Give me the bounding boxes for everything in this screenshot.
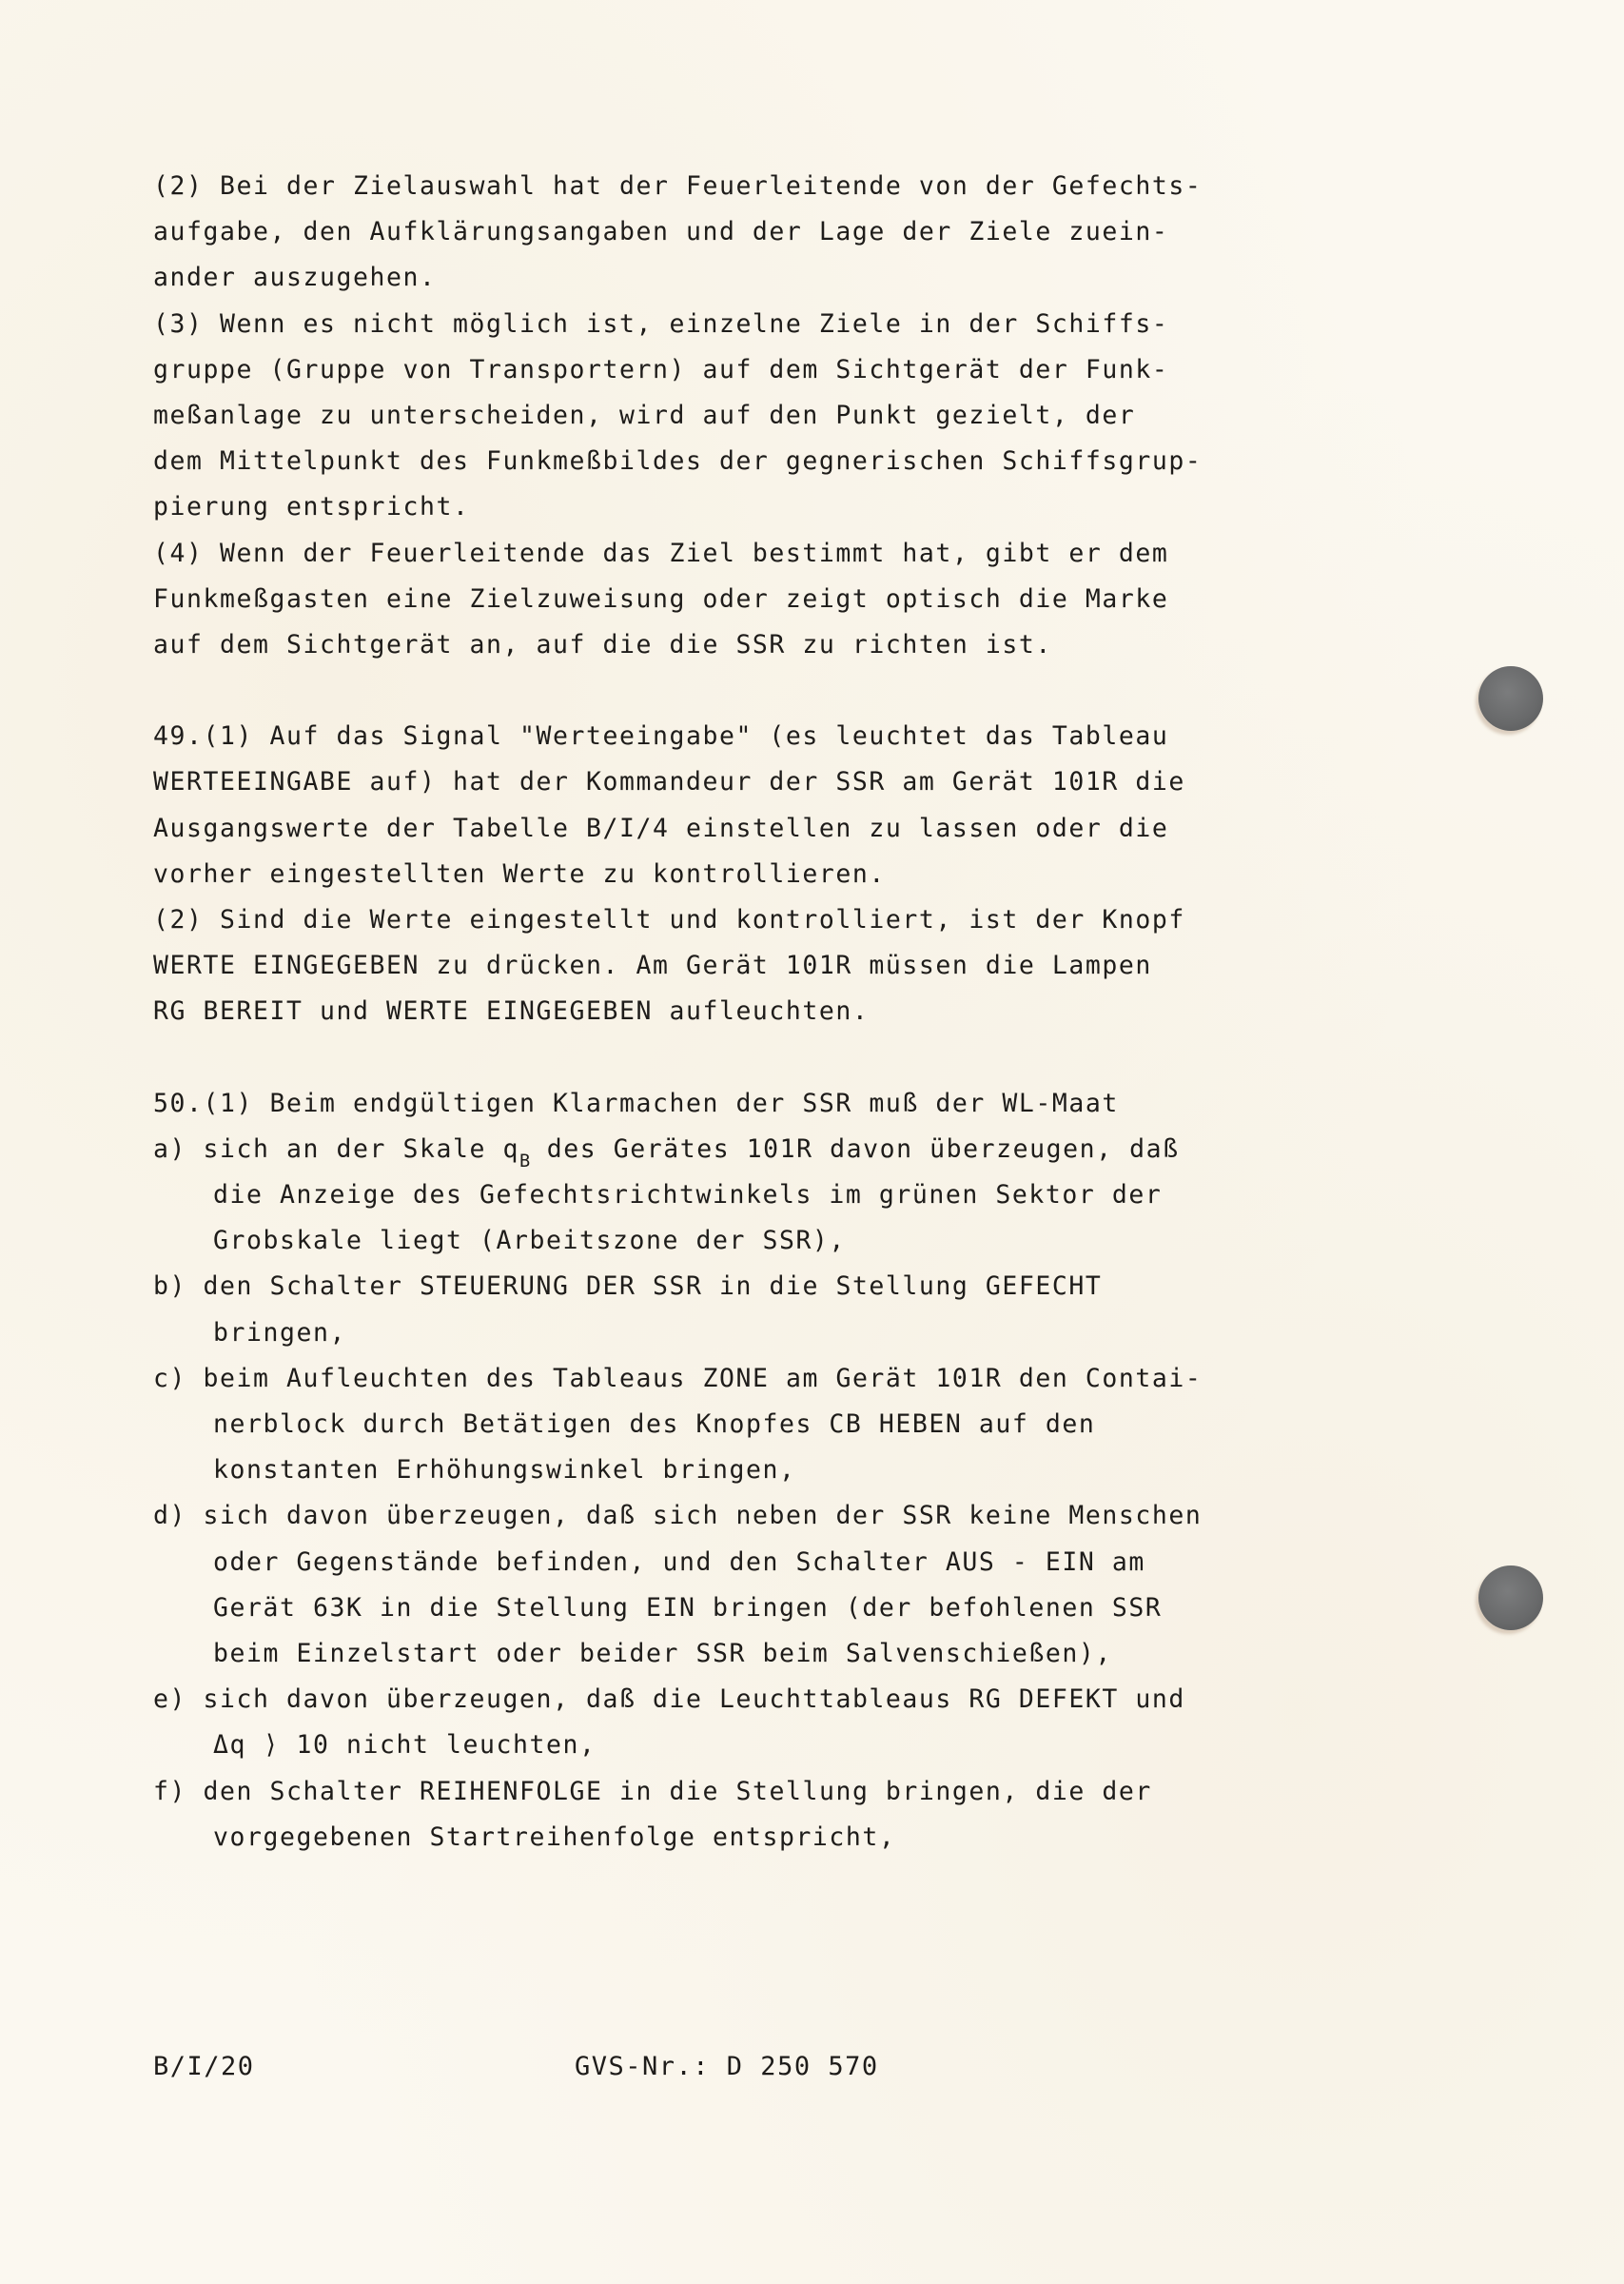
list-item-text: beim Aufleuchten des Tableaus ZONE am Ge… [204, 1364, 1203, 1393]
paragraph-line: (4) Wenn der Feuerleitende das Ziel best… [153, 539, 1168, 569]
paragraph-line: 50.(1) Beim endgültigen Klarmachen der S… [153, 1089, 1119, 1119]
paragraph-line: 49.(1) Auf das Signal "Werteeingabe" (es… [153, 721, 1168, 752]
list-item-text: des Gerätes 101R davon überzeugen, daß [530, 1134, 1179, 1164]
list-item-text: sich davon überzeugen, daß sich neben de… [204, 1501, 1203, 1530]
paragraph-line: (3) Wenn es nicht möglich ist, einzelne … [153, 309, 1168, 340]
list-item-continuation: beim Einzelstart oder beider SSR beim Sa… [213, 1639, 1112, 1669]
list-item-continuation: bringen, [213, 1318, 346, 1349]
paragraph-line: WERTE EINGEGEBEN zu drücken. Am Gerät 10… [153, 951, 1152, 981]
list-item-text: den Schalter STEUERUNG DER SSR in die St… [204, 1271, 1103, 1301]
list-item-line: f) den Schalter REIHENFOLGE in die Stell… [153, 1777, 1152, 1807]
punch-hole-lower [1478, 1565, 1543, 1630]
paragraph-line: RG BEREIT und WERTE EINGEGEBEN aufleucht… [153, 996, 869, 1027]
list-marker: e) [153, 1684, 186, 1714]
paragraph-line: ander auszugehen. [153, 263, 436, 293]
list-item-text: den Schalter REIHENFOLGE in die Stellung… [204, 1777, 1152, 1806]
list-item-line: c) beim Aufleuchten des Tableaus ZONE am… [153, 1364, 1202, 1394]
paragraph-line: Ausgangswerte der Tabelle B/I/4 einstell… [153, 814, 1168, 844]
list-item-continuation: Δq ⟩ 10 nicht leuchten, [213, 1730, 596, 1761]
list-item-text: sich davon überzeugen, daß die Leuchttab… [204, 1684, 1185, 1714]
paragraph-line: WERTEEINGABE auf) hat der Kommandeur der… [153, 767, 1185, 797]
paragraph-line: pierung entspricht. [153, 492, 469, 522]
list-item-continuation: konstanten Erhöhungswinkel bringen, [213, 1455, 795, 1486]
paragraph-line: (2) Sind die Werte eingestellt und kontr… [153, 905, 1185, 935]
list-item-continuation: Gerät 63K in die Stellung EIN bringen (d… [213, 1593, 1162, 1624]
paragraph-line: vorher eingestellten Werte zu kontrollie… [153, 859, 886, 890]
list-item-continuation: oder Gegenstände befinden, und den Schal… [213, 1547, 1145, 1578]
list-item-line: b) den Schalter STEUERUNG DER SSR in die… [153, 1271, 1102, 1302]
list-item-text: sich an der Skale q [204, 1134, 519, 1164]
paragraph-line: auf dem Sichtgerät an, auf die die SSR z… [153, 630, 1052, 660]
paragraph-line: aufgabe, den Aufklärungsangaben und der … [153, 217, 1168, 247]
list-item-line: d) sich davon überzeugen, daß sich neben… [153, 1501, 1202, 1531]
paragraph-line: gruppe (Gruppe von Transportern) auf dem… [153, 355, 1168, 385]
classification-number: GVS-Nr.: D 250 570 [575, 2052, 879, 2081]
list-item-continuation: nerblock durch Betätigen des Knopfes CB … [213, 1409, 1095, 1440]
list-item-continuation: vorgegebenen Startreihenfolge entspricht… [213, 1822, 895, 1853]
list-item-line: a) sich an der Skale qB des Gerätes 101R… [153, 1134, 1180, 1167]
punch-hole-upper [1478, 666, 1543, 731]
subscript: B [519, 1151, 530, 1172]
paragraph-line: (2) Bei der Zielauswahl hat der Feuerlei… [153, 171, 1202, 202]
list-marker: a) [153, 1134, 186, 1164]
list-item-line: e) sich davon überzeugen, daß die Leucht… [153, 1684, 1185, 1715]
list-marker: d) [153, 1501, 186, 1530]
page-reference: B/I/20 [153, 2052, 255, 2081]
list-marker: f) [153, 1777, 186, 1806]
list-marker: c) [153, 1364, 186, 1393]
list-item-continuation: Grobskale liegt (Arbeitszone der SSR), [213, 1226, 846, 1256]
paragraph-line: Funkmeßgasten eine Zielzuweisung oder ze… [153, 584, 1168, 615]
paragraph-line: meßanlage zu unterscheiden, wird auf den… [153, 401, 1135, 431]
paragraph-line: dem Mittelpunkt des Funkmeßbildes der ge… [153, 446, 1202, 477]
document-page: (2) Bei der Zielauswahl hat der Feuerlei… [0, 0, 1624, 2284]
list-item-continuation: die Anzeige des Gefechtsrichtwinkels im … [213, 1180, 1162, 1211]
list-marker: b) [153, 1271, 186, 1301]
